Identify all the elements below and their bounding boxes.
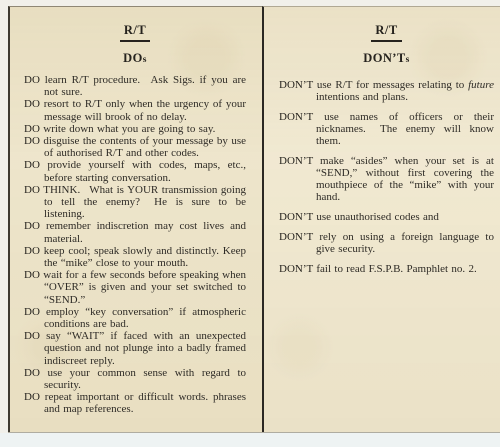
left-page-dos: R/T DOs DO learn R/T procedure. Ask Sigs…: [8, 6, 262, 432]
do-marker: DO: [24, 269, 40, 281]
dont-marker: DON’T: [279, 231, 313, 243]
do-item: DO use your common sense with regard to …: [24, 367, 246, 391]
do-item: DO say “WAIT” if faced with an unexpecte…: [24, 330, 246, 367]
do-list: DO learn R/T procedure. Ask Sigs. if you…: [24, 74, 246, 416]
do-text: say “WAIT” if faced with an unexpected q…: [44, 330, 246, 366]
right-page-donts: R/T DON’Ts DON’T use R/T for messages re…: [262, 6, 500, 432]
dont-item: DON’T use names of officers or their nic…: [279, 111, 494, 147]
do-marker: DO: [24, 306, 40, 318]
dont-text: use R/T for messages relating to future …: [316, 79, 494, 103]
dont-text-post: intentions and plans.: [316, 91, 408, 103]
scanned-card: R/T DOs DO learn R/T procedure. Ask Sigs…: [0, 0, 500, 447]
dont-marker: DON’T: [279, 211, 313, 223]
page-title: R/T: [120, 23, 150, 42]
dont-item: DON’T use R/T for messages relating to f…: [279, 79, 494, 103]
dont-item: DON’T make “asides” when your set is at …: [279, 155, 494, 203]
do-text: keep cool; speak slowly and distinctly. …: [44, 245, 246, 269]
dont-text-pre: use R/T for messages relating to: [317, 79, 468, 91]
section-heading-suffix: s: [406, 55, 410, 65]
do-marker: DO: [24, 74, 40, 86]
do-text: write down what you are going to say.: [43, 123, 215, 135]
dont-marker: DON’T: [279, 111, 313, 123]
do-text: wait for a few seconds before speaking w…: [43, 269, 246, 305]
do-text: resort to R/T only when the urgency of y…: [44, 98, 246, 122]
do-marker: DO: [24, 245, 40, 257]
do-item: DO keep cool; speak slowly and distinctl…: [24, 245, 246, 269]
do-marker: DO: [24, 123, 40, 135]
do-marker: DO: [24, 367, 40, 379]
do-item: DO disguise the contents of your message…: [24, 135, 246, 159]
section-heading-suffix: s: [143, 55, 147, 65]
do-marker: DO: [24, 135, 40, 147]
do-item: DO remember indiscretion may cost lives …: [24, 220, 246, 244]
do-text: THINK. What is YOUR transmission going t…: [43, 184, 246, 220]
do-marker: DO: [24, 98, 40, 110]
do-item: DO resort to R/T only when the urgency o…: [24, 98, 246, 122]
section-heading-main: DON’T: [363, 51, 405, 65]
left-page-title-wrap: R/T: [24, 21, 246, 42]
dont-item: DON’T use unauthorised codes and: [279, 211, 494, 223]
do-item: DO repeat important or difficult words. …: [24, 391, 246, 415]
dont-text: use unauthorised codes and: [316, 211, 438, 223]
do-text: learn R/T procedure. Ask Sigs. if you ar…: [44, 74, 246, 98]
dont-marker: DON’T: [279, 263, 313, 275]
do-marker: DO: [24, 391, 40, 403]
dont-text: fail to read F.S.P.B. Pamphlet no. 2.: [316, 263, 476, 275]
do-marker: DO: [24, 220, 40, 232]
dont-list: DON’T use R/T for messages relating to f…: [279, 79, 494, 275]
dont-text: use names of officers or their nicknames…: [316, 111, 494, 147]
do-text: repeat important or difficult words. phr…: [44, 391, 246, 415]
do-text: use your common sense with regard to sec…: [44, 367, 246, 391]
do-item: DO employ “key conversation” if atmosphe…: [24, 306, 246, 330]
italic-word: future: [468, 79, 494, 91]
do-marker: DO: [24, 159, 40, 171]
right-page-title-wrap: R/T: [279, 21, 494, 42]
do-item: DO learn R/T procedure. Ask Sigs. if you…: [24, 74, 246, 98]
section-heading-main: DO: [123, 51, 143, 65]
dont-marker: DON’T: [279, 79, 313, 91]
do-item: DO wait for a few seconds before speakin…: [24, 269, 246, 306]
dont-item: DON’T rely on using a foreign language t…: [279, 231, 494, 255]
do-text: remember indiscretion may cost lives and…: [44, 220, 246, 244]
do-item: DO THINK. What is YOUR transmission goin…: [24, 184, 246, 221]
dont-marker: DON’T: [279, 155, 313, 167]
do-item: DO provide yourself with codes, maps, et…: [24, 159, 246, 183]
do-text: provide yourself with codes, maps, etc.,…: [44, 159, 246, 183]
do-marker: DO: [24, 330, 40, 342]
page-title: R/T: [371, 23, 401, 42]
do-item: DO write down what you are going to say.: [24, 123, 246, 135]
do-text: employ “key conversation” if atmospheric…: [44, 306, 246, 330]
do-marker: DO: [24, 184, 40, 196]
dont-text: rely on using a foreign language to give…: [316, 231, 494, 255]
section-heading-dos: DOs: [24, 51, 246, 66]
scanner-edge-strip: [0, 433, 500, 447]
section-heading-donts: DON’Ts: [279, 51, 494, 66]
dont-text: make “asides” when your set is at “SEND,…: [316, 155, 494, 203]
do-text: disguise the contents of your message by…: [43, 135, 246, 159]
dont-item: DON’T fail to read F.S.P.B. Pamphlet no.…: [279, 263, 494, 275]
